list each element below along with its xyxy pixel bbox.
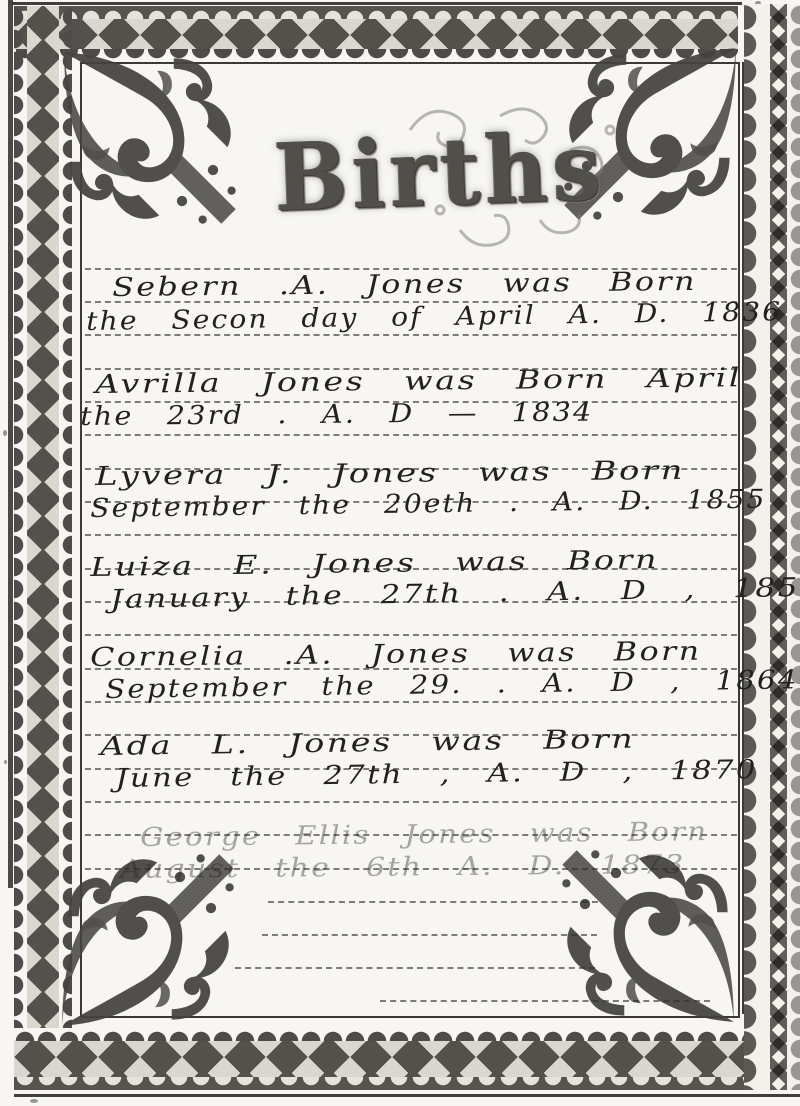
inner-rule-frame-double-line [742, 62, 744, 1014]
scallop-column [787, 4, 800, 1090]
birth-entry-line: the 23rd . A. D — 1834 [80, 398, 594, 432]
diamond-lattice [14, 1041, 800, 1077]
border-band-right [744, 4, 800, 1090]
ruled-line [85, 434, 737, 436]
scallop-column [14, 6, 27, 1028]
ruled-line [85, 534, 737, 536]
scallop-row [14, 1077, 800, 1090]
circle-column [744, 4, 770, 1090]
ruled-line [235, 967, 595, 969]
page-title: Births [247, 85, 632, 260]
diamond-lattice [27, 6, 59, 1028]
scan-edge-line-bottom [14, 1094, 800, 1097]
floral-corner-ornament-icon [58, 46, 244, 232]
scan-speckle [30, 1099, 38, 1103]
border-band-bottom [14, 1028, 800, 1090]
scallop-row [14, 6, 738, 19]
scanned-register-page: Births Sebern .A. Jones was Born the Sec… [0, 0, 800, 1106]
birth-entry-line: Sebern .A. Jones was Born [112, 267, 697, 303]
ruled-line [380, 1000, 710, 1002]
scan-edge-line-top [12, 2, 742, 5]
scan-speckle [3, 430, 7, 436]
ruled-line [262, 934, 597, 936]
ruled-line [268, 901, 598, 903]
diamond-column [770, 4, 787, 1090]
scan-edge-strip [8, 0, 13, 888]
birth-entry-line: August the 6th A. D. 1873 [120, 850, 686, 885]
title-block: Births [250, 98, 630, 258]
ruled-line [85, 634, 737, 636]
birth-entry-line: George Ellis Jones was Born [140, 817, 708, 853]
scan-speckle [4, 760, 7, 764]
ruled-line [85, 801, 737, 803]
